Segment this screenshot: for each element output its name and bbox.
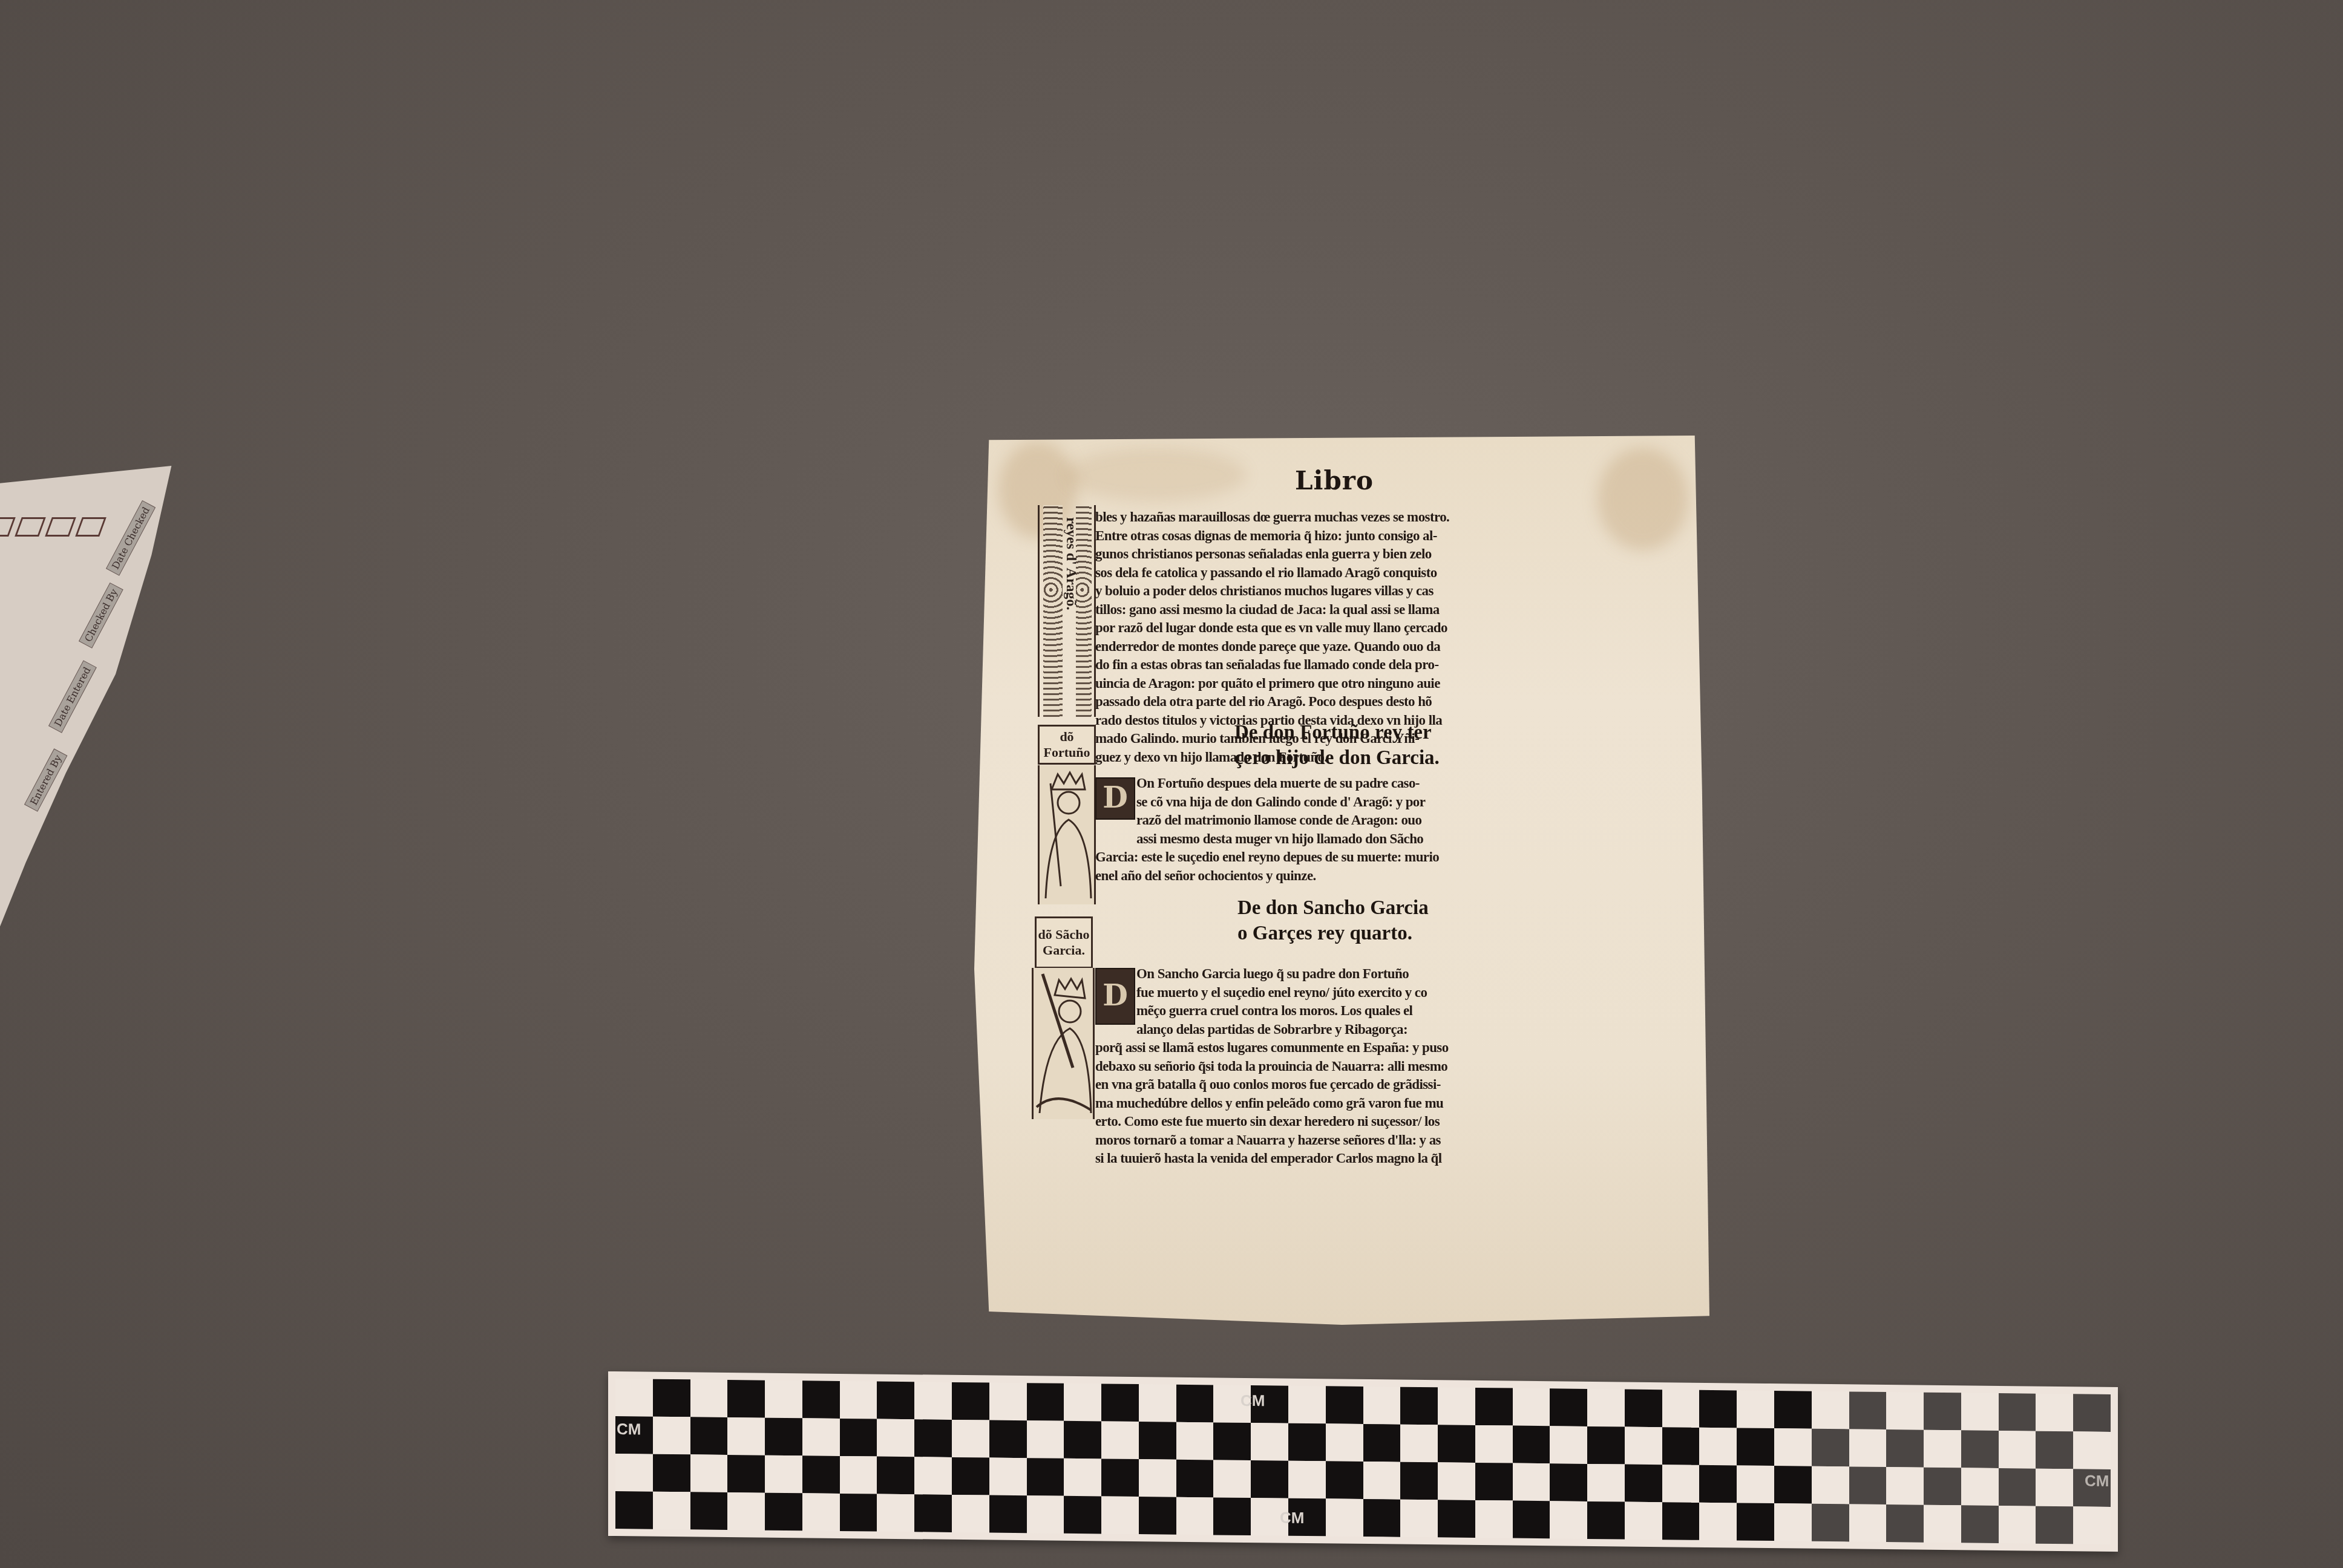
scale-cell	[1587, 1426, 1625, 1465]
scale-cell	[1924, 1505, 1961, 1543]
scale-cell	[1064, 1459, 1101, 1497]
paragraph-3-indented: On Sancho Garcia luego q̃ su padre don F…	[1136, 965, 1427, 1039]
scale-cell	[1027, 1420, 1064, 1459]
scale-cell	[1849, 1466, 1887, 1504]
scale-cell	[1961, 1393, 1999, 1431]
scale-cell	[1662, 1502, 1700, 1540]
scale-cell	[877, 1419, 914, 1457]
scale-cell	[1625, 1427, 1662, 1465]
scale-cell	[1550, 1501, 1587, 1539]
scale-cell	[1400, 1500, 1438, 1538]
woodcut-portrait-sancho	[1032, 968, 1095, 1119]
scale-cell	[1625, 1390, 1662, 1428]
section-heading-2: De don Sancho Garcia o Garçes rey quarto…	[1237, 895, 1429, 946]
scale-cell	[802, 1493, 840, 1531]
scale-cell	[989, 1458, 1027, 1496]
cm-label: CM	[2085, 1471, 2109, 1490]
text-line: uincia de Aragon: por quãto el primero q…	[1095, 675, 1449, 693]
king-label-sancho-garcia: dõ Sãcho Garcia.	[1035, 916, 1093, 969]
label-text: Garcia.	[1037, 942, 1091, 958]
scale-cell	[1251, 1423, 1288, 1461]
scale-cell	[1849, 1504, 1887, 1542]
checkbox-row	[0, 517, 103, 537]
scale-cell	[1176, 1385, 1214, 1423]
scale-cell	[1812, 1504, 1849, 1542]
scale-cell	[952, 1457, 989, 1495]
scale-cell	[1774, 1466, 1812, 1504]
scale-cell	[1587, 1464, 1625, 1502]
scale-cell	[1662, 1390, 1700, 1428]
scale-cell	[1513, 1388, 1550, 1426]
scale-cell	[2036, 1431, 2073, 1469]
scale-cell	[1027, 1458, 1064, 1496]
scale-cell	[952, 1382, 989, 1420]
scale-cell	[2036, 1506, 2073, 1544]
scale-cell	[727, 1492, 765, 1530]
scale-cell	[1475, 1425, 1513, 1463]
scale-cell	[1064, 1496, 1101, 1534]
form-label-date-checked: Date Checked	[106, 500, 156, 576]
scale-cell	[877, 1382, 914, 1420]
text-line: passado dela otra parte del rio Aragõ. P…	[1095, 693, 1449, 711]
king-label-fortuno: dõ Fortuño	[1038, 725, 1096, 765]
scale-cell	[1625, 1465, 1662, 1503]
scale-cell	[727, 1380, 765, 1418]
scale-cell	[952, 1495, 989, 1533]
king-portrait-icon	[1040, 765, 1094, 904]
scale-cell	[1999, 1468, 2036, 1506]
decorated-initial: D	[1095, 777, 1135, 820]
scale-cell	[802, 1380, 840, 1419]
scale-cell	[1363, 1387, 1401, 1425]
scale-cell	[1400, 1462, 1438, 1500]
scale-cell	[1438, 1462, 1475, 1500]
scale-cell	[1438, 1387, 1475, 1425]
form-label-entered-by: Entered By	[24, 748, 67, 812]
text-line: ma muchedúbre dellos y enfin peleãdo com…	[1095, 1094, 1449, 1113]
scale-cell	[1999, 1393, 2036, 1431]
scale-cell	[1886, 1467, 1924, 1505]
scale-cell	[1438, 1425, 1475, 1463]
scale-cell	[615, 1379, 653, 1417]
scale-cell	[765, 1455, 802, 1494]
scale-cell	[1363, 1424, 1401, 1462]
king-with-sword-icon	[1034, 968, 1093, 1119]
scale-cell	[1737, 1428, 1774, 1466]
section-heading-1: De don Fortuño rey ter çero hijo de don …	[1234, 720, 1440, 771]
scale-cell	[914, 1419, 952, 1457]
scale-cell	[840, 1456, 877, 1494]
scale-cell	[615, 1454, 653, 1492]
scale-cell	[1699, 1390, 1737, 1428]
paragraph-2-full: Garcia: este le suçedio enel reyno depue…	[1095, 848, 1439, 885]
scale-cell	[653, 1492, 690, 1530]
text-line: bles y hazañas marauillosas dœ guerra mu…	[1095, 508, 1449, 527]
scale-cell	[1924, 1393, 1961, 1431]
text-line: Entre otras cosas dignas de memoria q̃ h…	[1095, 527, 1449, 546]
scale-cell	[1737, 1465, 1774, 1503]
scale-cell	[1101, 1496, 1139, 1534]
text-line: mẽço guerra cruel contra los moros. Los …	[1136, 1002, 1427, 1021]
scale-cell	[1101, 1421, 1139, 1459]
scale-cell	[1886, 1429, 1924, 1468]
scale-cell	[1176, 1460, 1214, 1498]
scale-cell	[840, 1494, 877, 1532]
scale-cell	[2073, 1394, 2111, 1432]
scale-cell	[1961, 1468, 1999, 1506]
scale-cell	[1438, 1500, 1475, 1538]
heading-line: o Garçes rey quarto.	[1237, 921, 1429, 946]
scale-cell	[690, 1379, 728, 1417]
heading-line: De don Sancho Garcia	[1237, 895, 1429, 921]
scale-cell	[1400, 1387, 1438, 1425]
scale-cell	[1849, 1429, 1887, 1467]
scale-cell	[1213, 1460, 1251, 1498]
scale-cell	[1101, 1383, 1139, 1422]
scale-cell	[2073, 1506, 2111, 1544]
scale-cell	[1662, 1465, 1700, 1503]
scale-cell	[802, 1455, 840, 1494]
scale-cell	[1288, 1461, 1326, 1499]
scale-cell	[1027, 1495, 1064, 1534]
scale-cell	[952, 1420, 989, 1458]
scale-cell	[877, 1494, 914, 1532]
text-line: en vna grã batalla q̃ ouo conlos moros f…	[1095, 1076, 1449, 1094]
decorated-initial: D	[1095, 968, 1135, 1025]
heading-line: çero hijo de don Garcia.	[1234, 745, 1440, 771]
text-line: debaxo su señorio q̃si toda la prouincia…	[1095, 1057, 1449, 1076]
scale-cell	[1513, 1426, 1550, 1464]
scale-cell	[2036, 1469, 2073, 1507]
scale-cell	[765, 1380, 802, 1419]
scale-cell	[1812, 1429, 1849, 1467]
checkbox	[75, 517, 106, 537]
scale-cell	[615, 1491, 653, 1529]
text-line: enel año del señor ochocientos y quinze.	[1095, 867, 1439, 886]
text-line: fue muerto y el suçedio enel reyno/ júto…	[1136, 984, 1427, 1002]
scale-cell	[1064, 1421, 1101, 1459]
scale-cell	[1550, 1426, 1587, 1464]
scale-cell	[690, 1492, 728, 1530]
checkbox	[0, 517, 16, 537]
scale-cell	[727, 1455, 765, 1493]
text-line: erto. Como este fue muerto sin dexar her…	[1095, 1112, 1449, 1131]
document-leaf: Libro reyes d' Aragõ. bles y hazañas mar…	[974, 436, 1709, 1325]
scale-cell	[1251, 1460, 1288, 1498]
text-line: razõ del matrimonio llamose conde de Ara…	[1136, 811, 1423, 830]
checkbox	[15, 517, 46, 537]
text-line: moros tornarõ a tomar a Nauarra y hazers…	[1095, 1131, 1449, 1150]
scale-cell	[1139, 1384, 1176, 1422]
scale-cell	[1961, 1505, 1999, 1543]
scale-cell	[727, 1417, 765, 1455]
scale-cell	[1625, 1502, 1662, 1540]
scale-cell	[1101, 1459, 1139, 1497]
paragraph-3-full: porq̃ assi se llamã estos lugares comunm…	[1095, 1039, 1449, 1168]
foliage-ornament	[1043, 505, 1063, 717]
form-label-date-entered: Date Entered	[48, 661, 97, 733]
text-line: porq̃ assi se llamã estos lugares comunm…	[1095, 1039, 1449, 1057]
cm-label: CM	[1240, 1391, 1265, 1410]
scale-cell	[2036, 1394, 2073, 1432]
stain	[1065, 448, 1247, 502]
scale-cell	[1550, 1388, 1587, 1426]
scale-cell	[1924, 1468, 1961, 1506]
scale-cell	[1662, 1427, 1700, 1465]
heading-line: De don Fortuño rey ter	[1234, 720, 1440, 745]
running-head: Libro	[1295, 466, 1374, 495]
scale-cell	[1886, 1392, 1924, 1430]
scale-cell	[1326, 1386, 1363, 1424]
scale-cell	[1550, 1463, 1587, 1501]
scale-cell	[1326, 1498, 1363, 1537]
scale-cell	[1288, 1423, 1326, 1462]
label-text: dõ Sãcho	[1037, 927, 1091, 942]
scale-cell	[1475, 1500, 1513, 1538]
scale-cell	[1139, 1497, 1176, 1535]
scale-cell	[1400, 1425, 1438, 1463]
text-line: enderredor de montes donde pareçe que ya…	[1095, 638, 1449, 656]
text-line: se cõ vna hija de don Galindo conde d' A…	[1136, 793, 1425, 812]
scale-cell	[1924, 1430, 1961, 1468]
label-text: dõ Fortuño	[1040, 729, 1094, 760]
paragraph-2-indented: On Fortuño despues dela muerte de su pad…	[1136, 774, 1425, 811]
scale-cell	[765, 1493, 802, 1531]
scale-cell	[1027, 1383, 1064, 1421]
scale-cell	[1475, 1388, 1513, 1426]
scale-cell	[1587, 1389, 1625, 1427]
stain	[1597, 448, 1688, 550]
scale-cell	[1961, 1430, 1999, 1468]
scale-cell	[1812, 1391, 1849, 1429]
text-line: alanço delas partidas de Sobrarbre y Rib…	[1136, 1021, 1427, 1039]
text-line: y boluio a poder delos christianos mucho…	[1095, 582, 1449, 601]
scale-cell	[1999, 1506, 2036, 1544]
paragraph-2-indented-cont: razõ del matrimonio llamose conde de Ara…	[1136, 811, 1423, 848]
scale-cell	[765, 1418, 802, 1456]
scale-cell	[1849, 1391, 1887, 1429]
scale-cell	[1064, 1383, 1101, 1422]
scale-cell	[840, 1381, 877, 1419]
scale-cell	[1363, 1462, 1401, 1500]
scale-cell	[989, 1495, 1027, 1534]
ornamental-border: reyes d' Aragõ.	[1038, 505, 1096, 717]
scale-cell	[653, 1379, 690, 1417]
scale-cell	[1587, 1501, 1625, 1540]
checkbox	[45, 517, 76, 537]
scale-cell	[1176, 1422, 1214, 1460]
scale-cell	[1513, 1501, 1550, 1539]
scale-cell	[802, 1418, 840, 1456]
scale-cell	[840, 1419, 877, 1457]
scale-cell	[877, 1457, 914, 1495]
scale-cell	[1513, 1463, 1550, 1501]
scale-cell	[690, 1454, 728, 1492]
scale-cell	[653, 1417, 690, 1455]
scale-cell	[1288, 1386, 1326, 1424]
text-line: On Sancho Garcia luego q̃ su padre don F…	[1136, 965, 1427, 984]
scale-cell	[1774, 1503, 1812, 1541]
form-paper: Entered By Date Entered Checked By Date …	[0, 466, 175, 962]
text-line: do fin a estas obras tan señaladas fue l…	[1095, 656, 1449, 675]
scale-cell	[1699, 1503, 1737, 1541]
text-line: si la tuuierõ hasta la venida del empera…	[1095, 1149, 1449, 1168]
text-line: por razõ del lugar donde esta que es vn …	[1095, 619, 1449, 638]
woodcut-portrait-fortuno	[1038, 765, 1096, 904]
scale-cell	[1737, 1390, 1774, 1428]
text-line: tillos: gano assi mesmo la ciudad de Jac…	[1095, 601, 1449, 619]
scale-cell	[1139, 1422, 1176, 1460]
scale-cell	[1774, 1428, 1812, 1466]
scale-cell	[1699, 1465, 1737, 1503]
banner-text: reyes d' Aragõ.	[1063, 517, 1079, 699]
checker-pattern	[615, 1379, 2111, 1544]
form-label-checked-by: Checked By	[79, 583, 123, 648]
text-line: assi mesmo desta muger vn hijo llamado d…	[1136, 830, 1423, 849]
scale-cell	[1886, 1504, 1924, 1543]
scale-cell	[1812, 1466, 1849, 1504]
scale-cell	[2073, 1431, 2111, 1469]
scale-cell	[914, 1382, 952, 1420]
scale-cell	[1139, 1459, 1176, 1497]
scale-cell	[989, 1383, 1027, 1421]
scale-cell	[1326, 1423, 1363, 1462]
scale-cell	[1213, 1497, 1251, 1535]
text-line: On Fortuño despues dela muerte de su pad…	[1136, 774, 1425, 793]
scale-cell	[1699, 1428, 1737, 1466]
cm-scale-bar: CM CM CM CM	[608, 1371, 2118, 1552]
cm-label: CM	[1280, 1509, 1304, 1527]
cm-label: CM	[617, 1420, 641, 1439]
scale-cell	[1475, 1463, 1513, 1501]
scale-cell	[989, 1420, 1027, 1459]
scale-cell	[653, 1454, 690, 1492]
scale-cell	[1999, 1431, 2036, 1469]
scale-cell	[1363, 1499, 1401, 1537]
scale-cell	[1213, 1422, 1251, 1460]
text-line: sos dela fe catolica y passando el rio l…	[1095, 564, 1449, 583]
scale-cell	[1326, 1461, 1363, 1499]
scale-cell	[914, 1457, 952, 1495]
scale-cell	[1774, 1391, 1812, 1429]
text-line: Garcia: este le suçedio enel reyno depue…	[1095, 848, 1439, 867]
scale-cell	[1176, 1497, 1214, 1535]
scale-cell	[1737, 1503, 1774, 1541]
scale-cell	[914, 1494, 952, 1532]
text-line: gunos christianos personas señaladas enl…	[1095, 545, 1449, 564]
scale-cell	[690, 1417, 728, 1455]
